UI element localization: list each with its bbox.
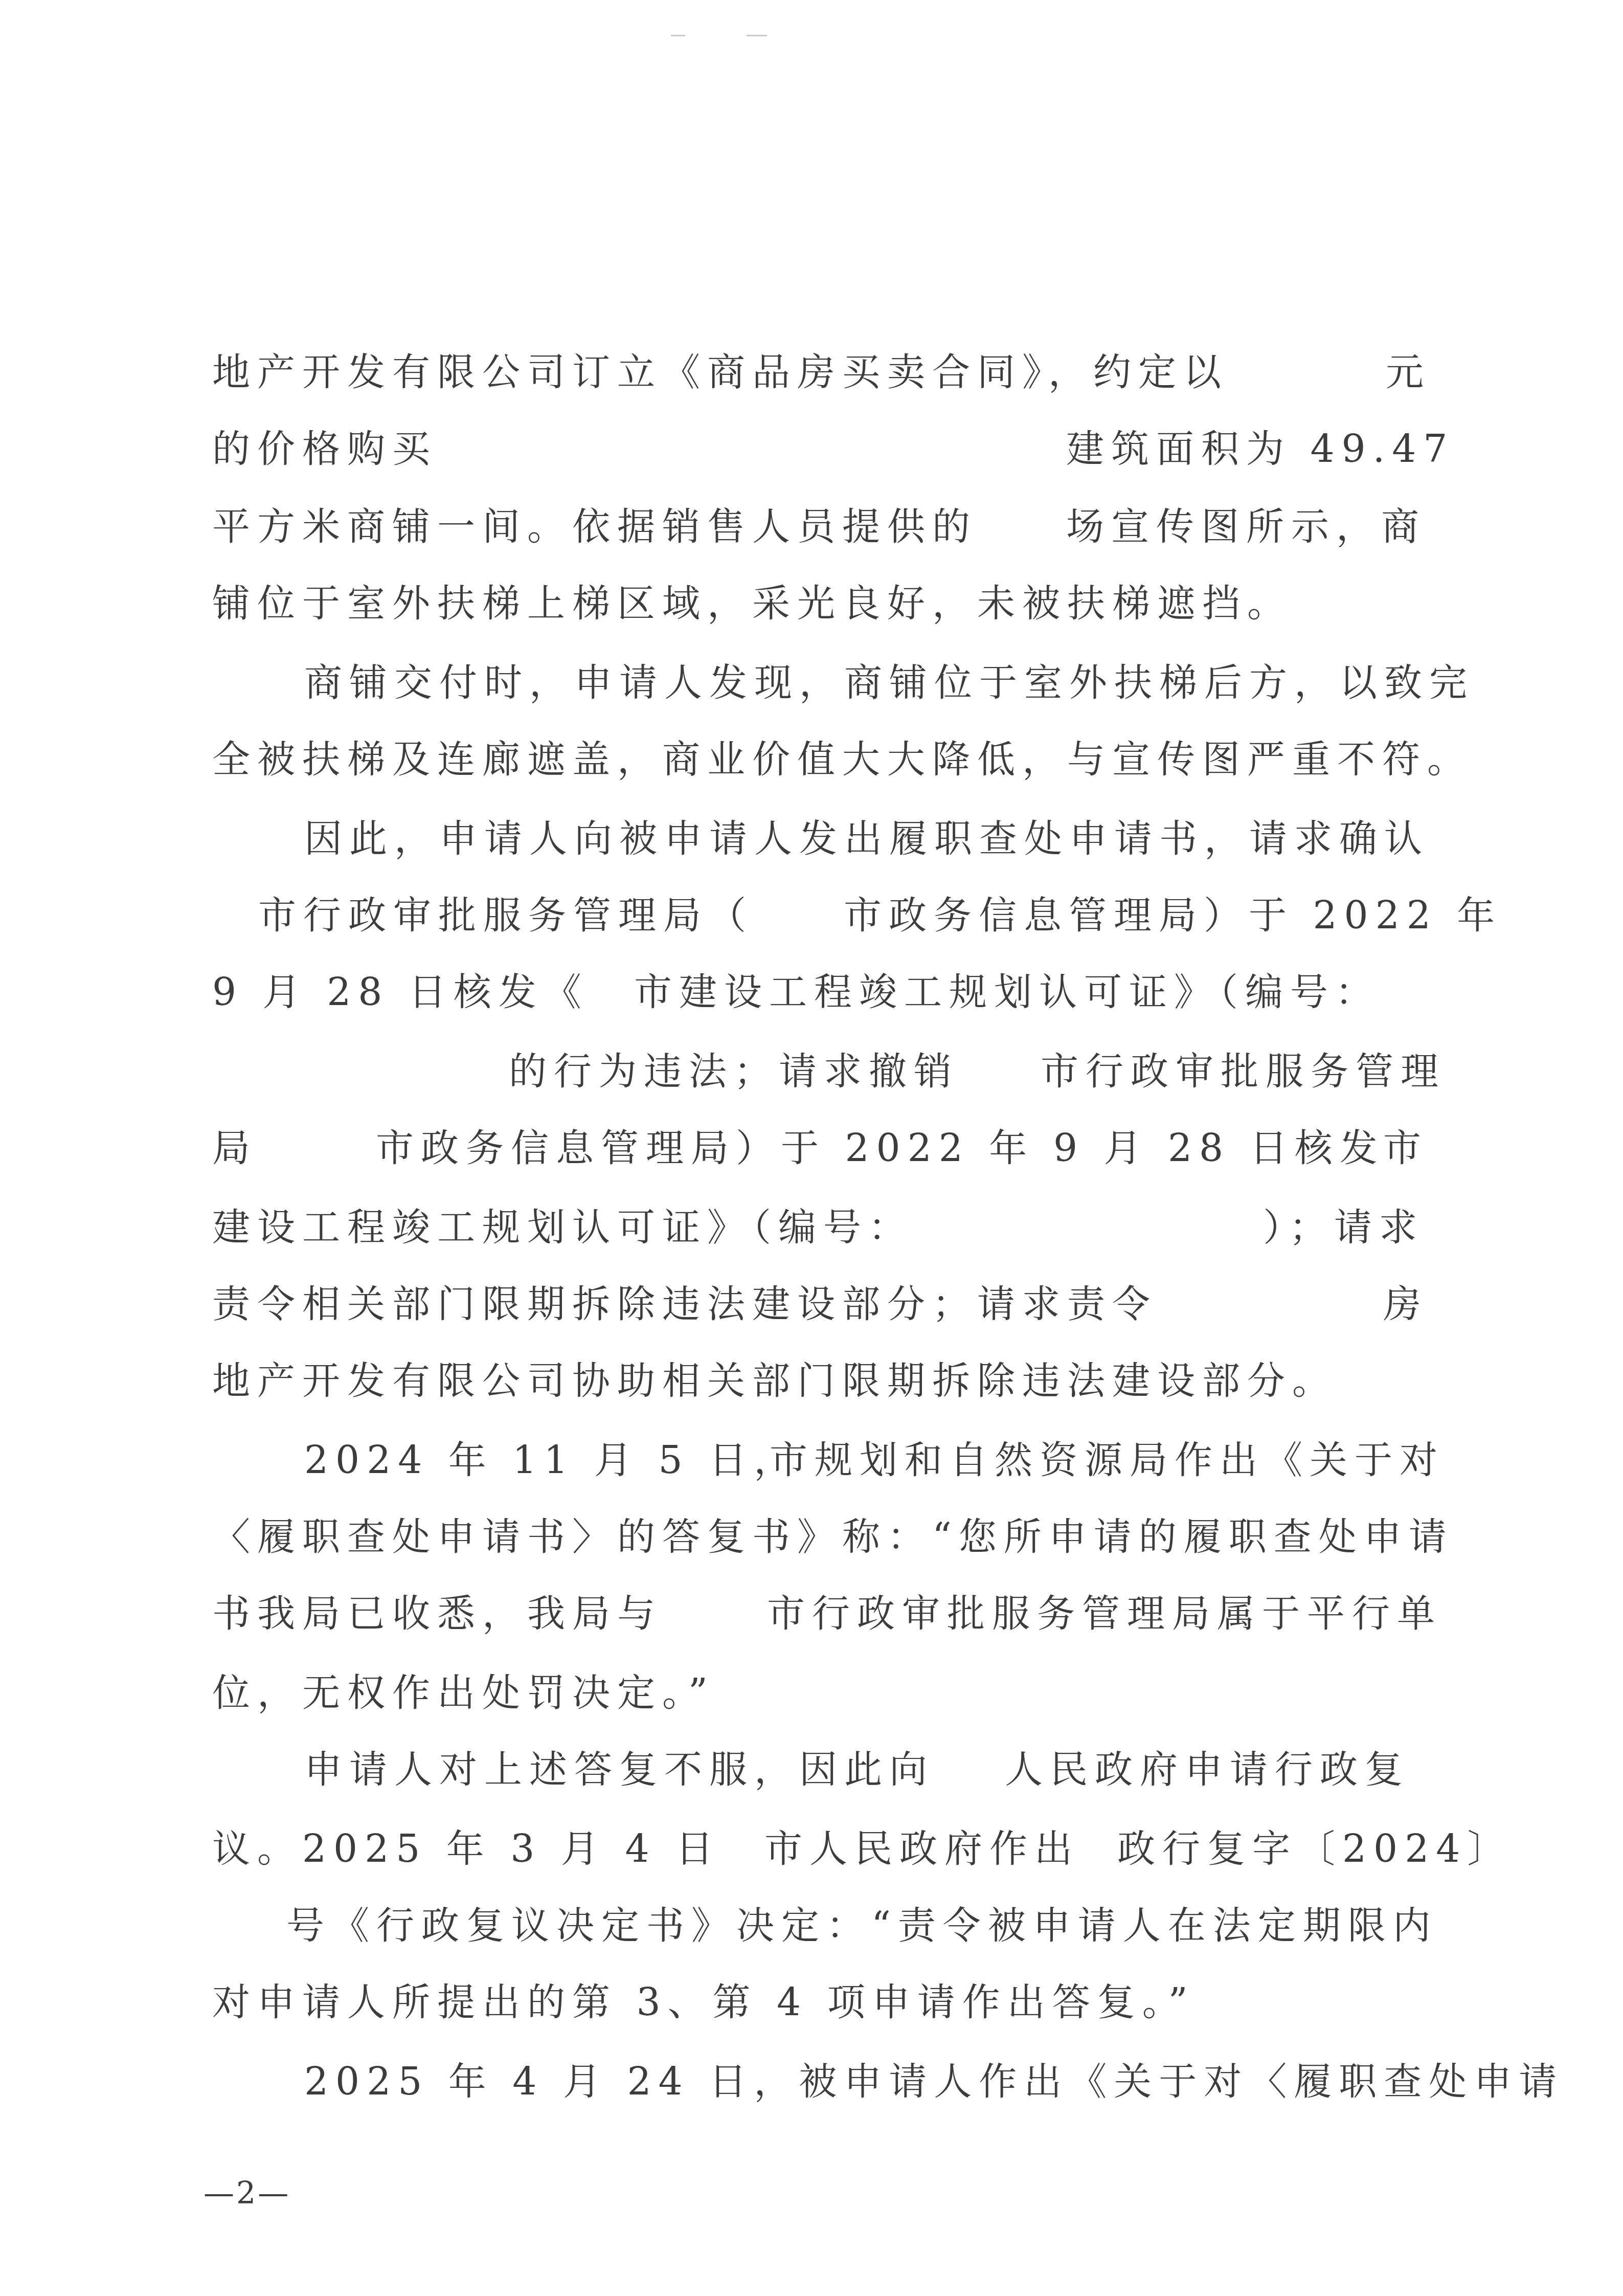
text-segment: 责令相关部门限期拆除违法建设部分；请求责令 <box>212 1279 1157 1330</box>
page-number: —2— <box>204 2173 290 2214</box>
text-segment: 的行为违法；请求撤销 <box>509 1046 959 1097</box>
text-segment: 2025 年 4 月 24 日，被申请人作出《关于对〈履职查处申请 <box>304 2056 1564 2107</box>
text-segment: 号《行政复议决定书》决定：“责令被申请人在法定期限内 <box>286 1900 1438 1951</box>
body-line: 9 月 28 日核发《 市建设工程竣工规划认可证》（编号： <box>212 967 1424 1018</box>
text-segment: 对申请人所提出的第 3、第 4 项申请作出答复。” <box>212 1977 1195 2028</box>
body-line: 申请人对上述答复不服，因此向 人民政府申请行政复 <box>212 1744 1424 1795</box>
body-line: 建设工程竣工规划认可证》（编号： ）；请求 <box>212 1202 1424 1253</box>
text-segment: 的价格购买 <box>212 423 437 475</box>
text-segment: 平方米商铺一间。依据销售人员提供的 <box>212 501 977 552</box>
body-line: 因此，申请人向被申请人发出履职查处申请书，请求确认 <box>212 813 1424 864</box>
body-line: 位，无权作出处罚决定。” <box>212 1667 1424 1719</box>
text-segment: 地产开发有限公司协助相关部门限期拆除违法建设部分。 <box>212 1355 1337 1407</box>
text-segment: 房 <box>1383 1279 1428 1330</box>
text-segment: 全被扶梯及连廊遮盖，商业价值大大降低，与宣传图严重不符。 <box>212 734 1472 785</box>
text-segment: 2024 年 11 月 5 日， <box>304 1435 799 1486</box>
text-segment: 议。2025 年 3 月 4 日 <box>212 1823 720 1875</box>
body-line: 的价格购买 建筑面积为 49.47 <box>212 423 1424 475</box>
text-segment: 人民政府申请行政复 <box>1005 1744 1410 1795</box>
body-line: 铺位于室外扶梯上梯区域，采光良好，未被扶梯遮挡。 <box>212 578 1424 629</box>
scan-artifact <box>747 35 767 36</box>
text-segment: 位，无权作出处罚决定。” <box>212 1667 715 1719</box>
scan-artifact <box>671 35 685 36</box>
body-line: 对申请人所提出的第 3、第 4 项申请作出答复。” <box>212 1977 1424 2028</box>
body-line: 局 市政务信息管理局）于 2022 年 9 月 28 日核发 市 <box>212 1123 1424 1174</box>
body-line: 市行政审批服务管理局（ 市政务信息管理局）于 2022 年 <box>212 890 1424 941</box>
text-segment: 市行政审批服务管理 <box>1041 1046 1446 1097</box>
text-segment: 建筑面积为 49.47 <box>1066 423 1454 475</box>
body-line: 平方米商铺一间。依据销售人员提供的 场宣传图所示，商 <box>212 501 1424 552</box>
document-page: 地产开发有限公司订立《商品房买卖合同》，约定以 元 的价格购买 建筑面积为 49… <box>0 0 1623 2296</box>
body-line: 2024 年 11 月 5 日， 市规划和自然资源局作出《关于对 <box>212 1435 1424 1486</box>
text-segment: ）；请求 <box>1263 1202 1424 1253</box>
text-segment: 市行政审批服务管理局（ <box>258 890 753 941</box>
body-line: 〈履职查处申请书〉的答复书》称：“您所申请的履职查处申请 <box>212 1511 1424 1563</box>
body-line: 全被扶梯及连廊遮盖，商业价值大大降低，与宣传图严重不符。 <box>212 734 1424 785</box>
text-segment: 政行复字〔2024〕 <box>1117 1823 1512 1875</box>
body-line: 议。2025 年 3 月 4 日 市人民政府作出 政行复字〔2024〕 <box>212 1823 1424 1875</box>
text-segment: 市行政审批服务管理局属于平行单 <box>767 1588 1442 1639</box>
body-line: 地产开发有限公司协助相关部门限期拆除违法建设部分。 <box>212 1355 1424 1407</box>
body-line: 商铺交付时，申请人发现，商铺位于室外扶梯后方，以致完 <box>212 657 1424 708</box>
text-segment: 〈履职查处申请书〉的答复书》称：“您所申请的履职查处申请 <box>212 1511 1454 1563</box>
text-segment: 建设工程竣工规划认可证》（编号： <box>212 1202 913 1253</box>
body-line: 书我局已收悉，我局与 市行政审批服务管理局属于平行单 <box>212 1588 1424 1639</box>
text-segment: 市政务信息管理局）于 2022 年 <box>844 890 1502 941</box>
text-segment: 申请人对上述答复不服，因此向 <box>304 1744 934 1795</box>
text-segment: 市人民政府作出 <box>764 1823 1079 1875</box>
text-segment: 元 <box>1386 347 1431 398</box>
text-segment: 市政务信息管理局）于 2022 年 9 月 28 日核发 <box>376 1123 1385 1174</box>
text-segment: 局 <box>212 1123 257 1174</box>
text-segment: 因此，申请人向被申请人发出履职查处申请书，请求确认 <box>304 813 1429 864</box>
text-segment: 市 <box>1383 1123 1428 1174</box>
body-line: 责令相关部门限期拆除违法建设部分；请求责令 房 <box>212 1279 1424 1330</box>
body-line: 地产开发有限公司订立《商品房买卖合同》，约定以 元 <box>212 347 1424 398</box>
text-segment: 市建设工程竣工规划认可证》（编号： <box>634 967 1380 1018</box>
body-line: 的行为违法；请求撤销 市行政审批服务管理 <box>212 1046 1424 1097</box>
text-segment: 铺位于室外扶梯上梯区域，采光良好，未被扶梯遮挡。 <box>212 578 1292 629</box>
body-line: 号《行政复议决定书》决定：“责令被申请人在法定期限内 <box>212 1900 1424 1951</box>
text-segment: 9 月 28 日核发《 <box>212 967 589 1018</box>
text-segment: 商铺交付时，申请人发现，商铺位于室外扶梯后方，以致完 <box>304 657 1474 708</box>
text-segment: 地产开发有限公司订立《商品房买卖合同》，约定以 <box>212 347 1228 398</box>
text-segment: 书我局已收悉，我局与 <box>212 1588 662 1639</box>
text-segment: 市规划和自然资源局作出《关于对 <box>770 1435 1445 1486</box>
body-line: 2025 年 4 月 24 日，被申请人作出《关于对〈履职查处申请 <box>212 2056 1424 2107</box>
text-segment: 场宣传图所示，商 <box>1066 501 1426 552</box>
